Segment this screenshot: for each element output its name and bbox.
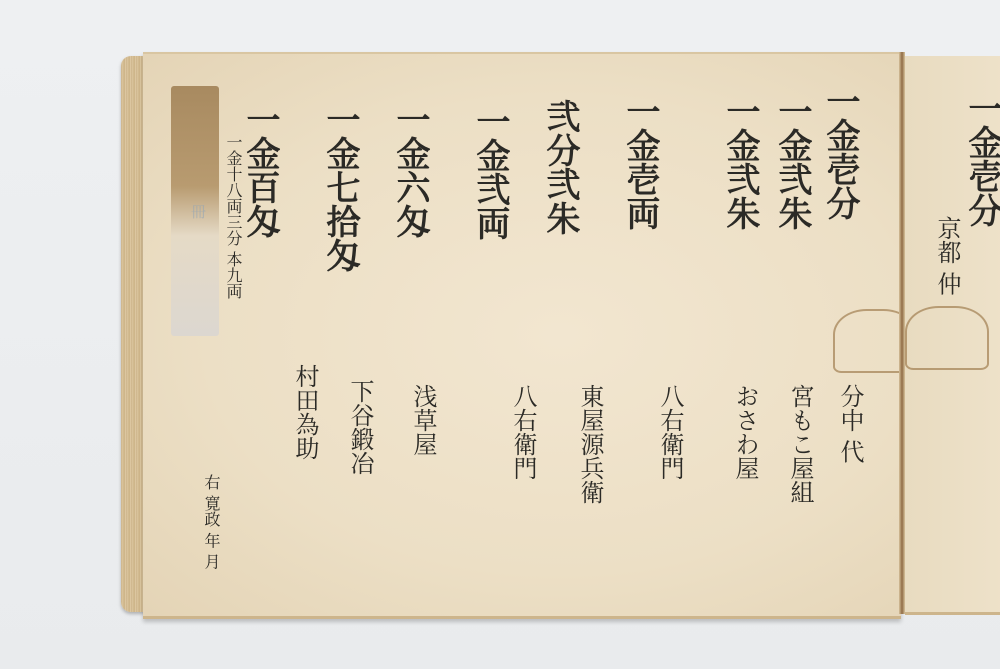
name-column-4: 八右衛門 (658, 384, 682, 480)
entry-column-1: 一金壱分 (823, 84, 857, 220)
name-column-9: 村田為助 (293, 364, 317, 460)
name-column-8: 下谷鍛冶 (348, 379, 372, 475)
name-column-5: 東屋源兵衛 (578, 384, 602, 504)
left-page: 冊 一金壱分 一金弐朱 一金弐朱 一金壱両 弐分弐朱 一金弐両 一金六匁 一金七… (143, 52, 901, 619)
margin-note: 一金十八両三分 本九両 (225, 134, 241, 299)
water-stain-right (905, 306, 989, 370)
right-page: 一金壱分 京都 仲 (905, 56, 1000, 615)
entry-column-2: 一金弐朱 (775, 94, 809, 230)
entry-column-5: 弐分弐朱 (543, 99, 577, 235)
entry-column-8: 一金七拾匁 (323, 102, 357, 272)
footer-note: 右 寛政 年 月 (203, 474, 219, 569)
right-entry-column-1: 一金壱分 (965, 91, 999, 227)
name-column-6: 八右衛門 (511, 384, 535, 480)
entry-column-3: 一金弐朱 (723, 94, 757, 230)
name-column-2: 宮もこ屋組 (788, 384, 812, 504)
name-column-7: 浅草屋 (411, 384, 435, 456)
entry-column-4: 一金壱両 (623, 94, 657, 230)
tab-label: 冊 (179, 204, 209, 334)
name-column-1: 分中 代 (838, 384, 862, 464)
name-column-3: おさわ屋 (733, 384, 757, 480)
entry-column-7: 一金六匁 (393, 102, 427, 238)
entry-column-6: 一金弐両 (473, 104, 507, 240)
open-book: 冊 一金壱分 一金弐朱 一金弐朱 一金壱両 弐分弐朱 一金弐両 一金六匁 一金七… (121, 52, 1000, 618)
right-entry-column-2: 京都 仲 (935, 216, 959, 296)
entry-column-9: 一金百匁 (243, 102, 277, 238)
